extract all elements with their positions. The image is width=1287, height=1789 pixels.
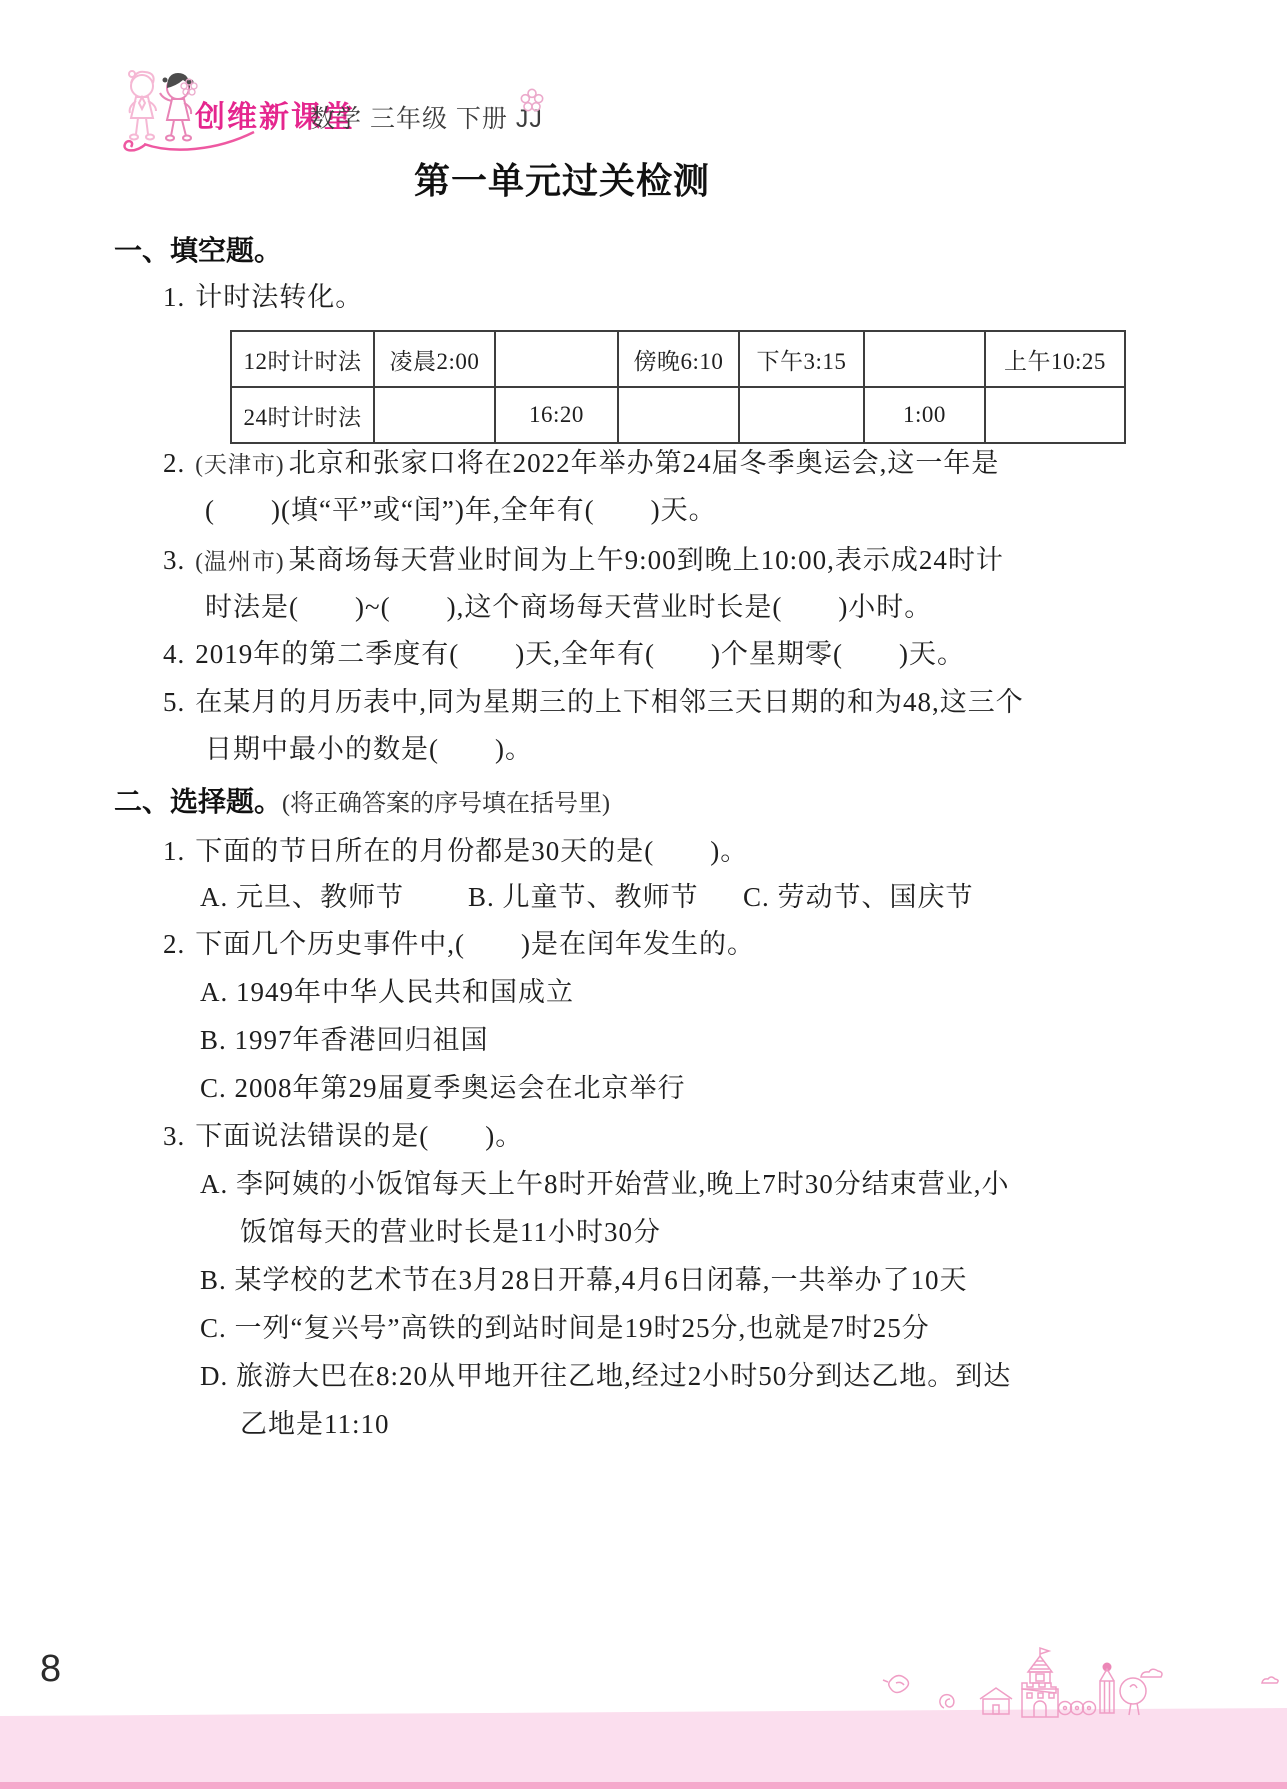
table-cell: 24时计时法 [231, 387, 374, 443]
page-number: 8 [40, 1650, 61, 1688]
question-text: 计时法转化。 [195, 282, 363, 312]
question-number: 2. [163, 931, 185, 958]
question-text: 北京和张家口将在2022年举办第24届冬季奥运会,这一年是 [289, 448, 1000, 478]
choice-question-3-option-d-line-2: 乙地是11:10 [240, 1411, 390, 1438]
choice-question-2-option-a: A. 1949年中华人民共和国成立 [200, 979, 574, 1006]
section-2-heading-text: 二、选择题。 [114, 786, 282, 817]
choice-question-1: 1.下面的节日所在的月份都是30天的是( )。 [163, 838, 748, 865]
question-text: 下面几个历史事件中,( )是在闰年发生的。 [195, 929, 755, 959]
table-cell: 1:00 [864, 387, 985, 443]
question-number: 1. [163, 838, 185, 865]
question-text: 下面说法错误的是( )。 [195, 1121, 523, 1151]
question-4: 4.2019年的第二季度有( )天,全年有( )个星期零( )天。 [163, 641, 965, 668]
choice-question-2: 2.下面几个历史事件中,( )是在闰年发生的。 [163, 931, 755, 958]
section-1-heading: 一、填空题。 [114, 237, 282, 265]
question-5-line-1: 5.在某月的月历表中,同为星期三的上下相邻三天日期的和为48,这三个 [163, 689, 1024, 716]
table-cell [739, 387, 864, 443]
flower-icon [180, 78, 198, 96]
question-source-tag: (温州市) [195, 549, 284, 574]
left-child-icon [129, 71, 156, 140]
table-cell [864, 331, 985, 387]
question-1: 1.计时法转化。 [163, 284, 363, 311]
flower-icon [520, 88, 544, 112]
page-title: 第一单元过关检测 [414, 163, 710, 199]
pink-strip [0, 1782, 1287, 1789]
cloud-icon [1262, 1677, 1278, 1683]
footer-decoration [0, 1619, 1287, 1789]
question-3-line-1: 3.(温州市)某商场每天营业时间为上午9:00到晚上10:00,表示成24时计 [163, 547, 1004, 574]
choice-question-3-option-d-line-1: D. 旅游大巴在8:20从甲地开往乙地,经过2小时50分到达乙地。到达 [200, 1363, 1011, 1390]
section-2-heading: 二、选择题。(将正确答案的序号填在括号里) [114, 788, 610, 816]
table-cell [618, 387, 739, 443]
question-number: 3. [163, 547, 185, 574]
choice-question-2-option-b: B. 1997年香港回归祖国 [200, 1027, 489, 1054]
question-2-line-2: ( )(填“平”或“闰”)年,全年有( )天。 [205, 497, 717, 524]
table-cell: 下午3:15 [739, 331, 864, 387]
choice-question-3-option-a-line-2: 饭馆每天的营业时长是11小时30分 [240, 1219, 661, 1246]
table-row: 24时计时法 16:20 1:00 [231, 387, 1125, 443]
bird-icon [883, 1676, 909, 1693]
table-cell [495, 331, 618, 387]
question-number: 2. [163, 450, 185, 477]
choice-question-3-option-a-line-1: A. 李阿姨的小饭馆每天上午8时开始营业,晚上7时30分结束营业,小 [200, 1171, 1010, 1198]
pink-band [0, 1708, 1287, 1789]
table-cell: 傍晚6:10 [618, 331, 739, 387]
table-cell: 16:20 [495, 387, 618, 443]
table-cell: 12时计时法 [231, 331, 374, 387]
choice-question-1-option-c: C. 劳动节、国庆节 [743, 884, 974, 911]
table-row: 12时计时法 凌晨2:00 傍晚6:10 下午3:15 上午10:25 [231, 331, 1125, 387]
time-conversion-table: 12时计时法 凌晨2:00 傍晚6:10 下午3:15 上午10:25 24时计… [230, 330, 1126, 444]
table-cell: 上午10:25 [985, 331, 1125, 387]
question-number: 5. [163, 689, 185, 716]
edition-info: 数学 三年级 下册 JJ [310, 107, 543, 132]
question-number: 3. [163, 1123, 185, 1150]
pencil-icon [1100, 1663, 1114, 1714]
choice-question-3: 3.下面说法错误的是( )。 [163, 1123, 523, 1150]
cloud-icon [1141, 1669, 1162, 1677]
table-cell [374, 387, 495, 443]
question-3-line-2: 时法是( )~( ),这个商场每天营业时长是( )小时。 [205, 594, 932, 621]
table-cell: 凌晨2:00 [374, 331, 495, 387]
choice-question-1-option-a: A. 元旦、教师节 [200, 884, 404, 911]
choice-question-3-option-c: C. 一列“复兴号”高铁的到站时间是19时25分,也就是7时25分 [200, 1315, 930, 1342]
question-text: 在某月的月历表中,同为星期三的上下相邻三天日期的和为48,这三个 [195, 687, 1024, 717]
question-source-tag: (天津市) [195, 452, 284, 477]
question-number: 4. [163, 641, 185, 668]
question-text: 下面的节日所在的月份都是30天的是( )。 [195, 836, 748, 866]
choice-question-1-option-b: B. 儿童节、教师节 [468, 884, 699, 911]
swirl-icon [940, 1695, 954, 1708]
question-text: 某商场每天营业时间为上午9:00到晚上10:00,表示成24时计 [289, 545, 1004, 575]
worksheet-page: 创维新课堂 数学 三年级 下册 JJ 第一单元过关检测 一、填空题。 1.计时法… [0, 0, 1287, 1789]
section-2-note: (将正确答案的序号填在括号里) [282, 791, 610, 817]
question-text: 2019年的第二季度有( )天,全年有( )个星期零( )天。 [195, 639, 965, 669]
question-5-line-2: 日期中最小的数是( )。 [205, 736, 533, 763]
castle-icon [1022, 1648, 1058, 1717]
question-number: 1. [163, 284, 185, 311]
choice-question-3-option-b: B. 某学校的艺术节在3月28日开幕,4月6日闭幕,一共举办了10天 [200, 1267, 968, 1294]
question-2-line-1: 2.(天津市)北京和张家口将在2022年举办第24届冬季奥运会,这一年是 [163, 450, 999, 477]
table-cell [985, 387, 1125, 443]
choice-question-2-option-c: C. 2008年第29届夏季奥运会在北京举行 [200, 1075, 686, 1102]
